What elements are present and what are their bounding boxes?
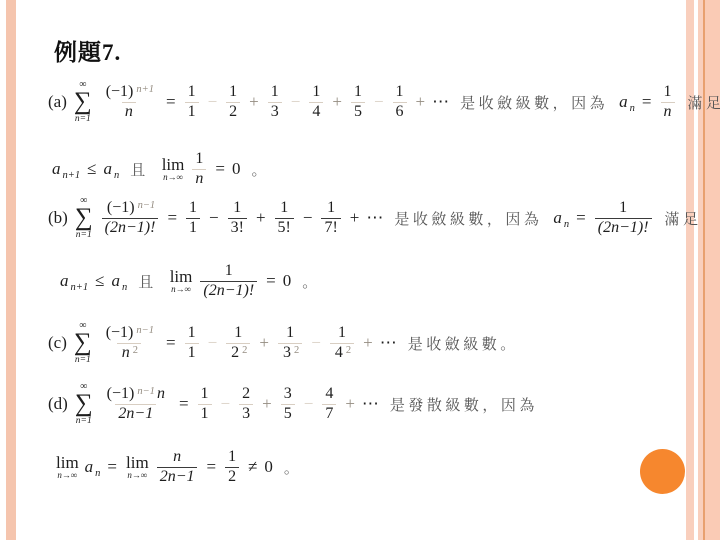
sigma-icon: ∑: [75, 392, 93, 416]
fraction-denominator: 7: [322, 404, 336, 423]
fraction: n2n−1: [157, 448, 198, 486]
cjk-text: 且: [130, 159, 149, 180]
cjk-text: 是收斂級數，因為: [460, 92, 608, 113]
fraction: 1(2n−1)!: [200, 262, 257, 300]
fraction-denominator: 6: [393, 102, 407, 121]
fraction-denominator: n: [661, 102, 675, 121]
fraction-denominator: 3: [268, 102, 282, 121]
fraction-numerator: (−1)n−1: [101, 324, 157, 342]
fraction-numerator: 1: [186, 199, 200, 217]
sigma-icon: ∑: [75, 206, 93, 230]
fraction-denominator: 2: [226, 102, 240, 121]
limit-expression: limn→∞: [126, 454, 149, 481]
fraction-numerator: 1: [226, 83, 240, 101]
math-text: a: [553, 208, 562, 228]
fraction-denominator: n2: [117, 343, 141, 362]
fraction: (−1)n−1(2n−1)!: [102, 199, 159, 237]
fraction: 16: [393, 83, 407, 121]
fraction-denominator: n: [192, 169, 206, 188]
sum-lower-limit: n=1: [76, 416, 92, 426]
fraction: 142: [330, 324, 354, 362]
math-operator: +: [416, 92, 426, 112]
summation-symbol: ∞∑n=1: [75, 196, 93, 240]
sigma-icon: ∑: [74, 90, 92, 114]
fraction: 11: [198, 385, 212, 423]
fraction-denominator: 4: [309, 102, 323, 121]
superscript: 2: [242, 345, 247, 356]
fraction-denominator: 5: [351, 102, 365, 121]
math-text: a: [619, 92, 628, 112]
limit-subscript: n→∞: [57, 471, 77, 481]
sigma-icon: ∑: [74, 331, 92, 355]
fraction-numerator: (−1)n−1n: [102, 385, 170, 403]
math-text: (−1): [106, 324, 134, 341]
fraction-denominator: 1: [185, 102, 199, 121]
fraction: (−1)n+1n: [101, 83, 157, 121]
superscript: 2: [346, 345, 351, 356]
fraction-denominator: 3: [239, 404, 253, 423]
fraction-denominator: 2n−1: [157, 467, 198, 486]
math-operator: −: [374, 92, 384, 112]
fraction: 11: [186, 199, 200, 237]
subscript: n: [95, 468, 100, 479]
fraction: 13: [268, 83, 282, 121]
fraction-denominator: 2n−1: [115, 404, 156, 423]
fraction: 15: [351, 83, 365, 121]
math-text: 0: [264, 457, 273, 477]
math-operator: ≠: [248, 457, 257, 477]
sum-lower-limit: n=1: [75, 114, 91, 124]
fraction-numerator: (−1)n−1: [102, 199, 158, 217]
fraction: 12: [225, 448, 239, 486]
fraction: 47: [322, 385, 336, 423]
fraction-numerator: 1: [309, 83, 323, 101]
math-text: (−1): [107, 385, 135, 402]
summation-symbol: ∞∑n=1: [75, 382, 93, 426]
math-operator: +: [350, 208, 360, 228]
fraction-numerator: 1: [198, 385, 212, 403]
math-text: (d): [48, 394, 68, 414]
cjk-text: 是收斂級數。: [408, 333, 519, 354]
superscript: 2: [294, 345, 299, 356]
math-text: n: [157, 385, 165, 402]
fraction: (−1)n−1n2n−1: [102, 385, 170, 423]
fraction: 17!: [321, 199, 340, 237]
fraction: 122: [226, 324, 250, 362]
fraction-denominator: (2n−1)!: [200, 281, 257, 300]
math-operator: −: [209, 208, 219, 228]
cjk-text: 且: [138, 271, 157, 292]
summation-symbol: ∞∑n=1: [74, 321, 92, 365]
math-text: 0: [283, 271, 292, 291]
left-border-stripe: [6, 0, 16, 540]
limit-subscript: n→∞: [127, 471, 147, 481]
cjk-text: 滿足: [688, 92, 720, 113]
math-text: (b): [48, 208, 68, 228]
math-text: ⋯: [362, 394, 379, 414]
superscript: n−1: [136, 325, 154, 336]
math-operator: −: [311, 333, 321, 353]
fraction: 1n: [192, 150, 206, 188]
math-operator: =: [179, 394, 189, 414]
math-operator: ≤: [87, 159, 96, 179]
fraction-numerator: 1: [351, 83, 365, 101]
sum-lower-limit: n=1: [75, 355, 91, 365]
fraction-numerator: 1: [222, 262, 236, 280]
math-operator: +: [363, 333, 373, 353]
fraction-numerator: 1: [283, 324, 297, 342]
math-operator: =: [167, 208, 177, 228]
fraction-denominator: 1: [198, 404, 212, 423]
fraction-numerator: 2: [239, 385, 253, 403]
cjk-text: 是發散級數，因為: [390, 394, 538, 415]
subscript: n: [630, 103, 635, 114]
math-operator: −: [291, 92, 301, 112]
cjk-text: 是收斂級數，因為: [394, 208, 542, 229]
fraction-numerator: 1: [192, 150, 206, 168]
fraction: (−1)n−1n2: [101, 324, 157, 362]
math-text: (−1): [107, 199, 135, 216]
fraction-denominator: 2: [225, 467, 239, 486]
sum-lower-limit: n=1: [76, 230, 92, 240]
fraction-denominator: 42: [330, 343, 354, 362]
decorative-orange-circle: [640, 449, 685, 494]
fraction: 11: [185, 83, 199, 121]
equation-d-limit: limn→∞an=limn→∞n2n−1=12≠0。: [52, 441, 311, 493]
fraction-denominator: 5!: [275, 218, 294, 237]
math-operator: −: [208, 333, 218, 353]
fraction-denominator: 5: [281, 404, 295, 423]
fraction-numerator: 1: [616, 199, 630, 217]
superscript: n−1: [137, 386, 155, 397]
subscript: n+1: [71, 282, 89, 293]
fraction-numerator: n: [170, 448, 184, 466]
fraction-numerator: 3: [281, 385, 295, 403]
fraction-denominator: 32: [278, 343, 302, 362]
math-text: 0: [232, 159, 241, 179]
fraction-numerator: 1: [185, 324, 199, 342]
superscript: n−1: [138, 200, 156, 211]
math-operator: =: [166, 333, 176, 353]
fraction-denominator: 1: [186, 218, 200, 237]
limit-subscript: n→∞: [171, 285, 191, 295]
math-operator: −: [303, 208, 313, 228]
fraction-numerator: 1: [277, 199, 291, 217]
limit-word: lim: [56, 454, 79, 471]
math-operator: =: [642, 92, 652, 112]
math-text: a: [111, 271, 120, 291]
math-text: 4: [335, 344, 343, 361]
fraction: 35: [281, 385, 295, 423]
fraction: 11: [185, 324, 199, 362]
equation-a: (a)∞∑n=1(−1)n+1n=11−12+13−14+15−16+⋯是收斂級…: [46, 76, 720, 128]
cjk-text: 滿足: [665, 208, 702, 229]
limit-word: lim: [126, 454, 149, 471]
equation-c: (c)∞∑n=1(−1)n−1n2=11−122+132−142+⋯是收斂級數。: [46, 317, 528, 369]
limit-expression: limn→∞: [170, 268, 193, 295]
fraction: 1(2n−1)!: [595, 199, 652, 237]
math-operator: −: [221, 394, 231, 414]
fraction-numerator: (−1)n+1: [101, 83, 157, 101]
fraction: 23: [239, 385, 253, 423]
math-text: ⋯: [380, 333, 397, 353]
cjk-text: 。: [284, 457, 303, 478]
fraction: 15!: [275, 199, 294, 237]
fraction-numerator: 1: [225, 448, 239, 466]
slide-title: 例題7.: [54, 34, 121, 67]
limit-expression: limn→∞: [162, 156, 185, 183]
fraction-denominator: 22: [226, 343, 250, 362]
equation-b: (b)∞∑n=1(−1)n−1(2n−1)!=11−13!+15!−17!+⋯是…: [46, 192, 711, 244]
math-operator: +: [256, 208, 266, 228]
fraction-numerator: 1: [268, 83, 282, 101]
math-operator: +: [345, 394, 355, 414]
limit-word: lim: [162, 156, 185, 173]
fraction: 13!: [228, 199, 247, 237]
subscript: n: [114, 170, 119, 181]
math-operator: =: [206, 457, 216, 477]
math-text: a: [52, 159, 61, 179]
fraction-numerator: 1: [324, 199, 338, 217]
superscript: n+1: [136, 84, 154, 95]
math-text: (c): [48, 333, 67, 353]
fraction-numerator: 4: [322, 385, 336, 403]
math-text: a: [103, 159, 112, 179]
fraction-numerator: 1: [661, 83, 675, 101]
math-operator: −: [208, 92, 218, 112]
math-operator: =: [266, 271, 276, 291]
math-text: n: [122, 344, 130, 361]
fraction-denominator: 1: [185, 343, 199, 362]
equation-d: (d)∞∑n=1(−1)n−1n2n−1=11−23+35−47+⋯是發散級數，…: [46, 378, 547, 430]
subscript: n+1: [63, 170, 81, 181]
math-text: 2: [231, 344, 239, 361]
limit-subscript: n→∞: [163, 173, 183, 183]
fraction-numerator: 1: [185, 83, 199, 101]
math-text: (−1): [106, 83, 134, 100]
fraction-numerator: 1: [335, 324, 349, 342]
subscript: n: [564, 219, 569, 230]
summation-symbol: ∞∑n=1: [74, 80, 92, 124]
fraction: 14: [309, 83, 323, 121]
math-text: 3: [283, 344, 291, 361]
math-operator: −: [304, 394, 314, 414]
math-operator: +: [249, 92, 259, 112]
math-operator: =: [215, 159, 225, 179]
cjk-text: 。: [302, 271, 321, 292]
fraction-denominator: 7!: [321, 218, 340, 237]
math-text: (a): [48, 92, 67, 112]
limit-word: lim: [170, 268, 193, 285]
cjk-text: 。: [251, 159, 270, 180]
math-operator: =: [576, 208, 586, 228]
slide-canvas: 例題7. (a)∞∑n=1(−1)n+1n=11−12+13−14+15−16+…: [0, 0, 720, 540]
equation-b-condition: an+1≤an且limn→∞1(2n−1)!=0。: [58, 255, 330, 307]
math-operator: ≤: [95, 271, 104, 291]
limit-expression: limn→∞: [56, 454, 79, 481]
math-text: ⋯: [432, 92, 449, 112]
fraction-numerator: 1: [230, 199, 244, 217]
math-operator: +: [332, 92, 342, 112]
fraction-denominator: (2n−1)!: [595, 218, 652, 237]
fraction-denominator: (2n−1)!: [102, 218, 159, 237]
math-operator: =: [166, 92, 176, 112]
subscript: n: [122, 282, 127, 293]
math-text: a: [60, 271, 69, 291]
fraction-numerator: 1: [393, 83, 407, 101]
fraction: 1n: [661, 83, 675, 121]
math-operator: =: [107, 457, 117, 477]
math-text: a: [85, 457, 94, 477]
fraction-denominator: n: [122, 102, 136, 121]
math-operator: +: [259, 333, 269, 353]
fraction-numerator: 1: [231, 324, 245, 342]
fraction-denominator: 3!: [228, 218, 247, 237]
math-operator: +: [262, 394, 272, 414]
superscript: 2: [133, 345, 138, 356]
equation-a-condition: an+1≤an且limn→∞1n=0。: [50, 143, 279, 195]
math-text: ⋯: [366, 208, 383, 228]
fraction: 12: [226, 83, 240, 121]
fraction: 132: [278, 324, 302, 362]
